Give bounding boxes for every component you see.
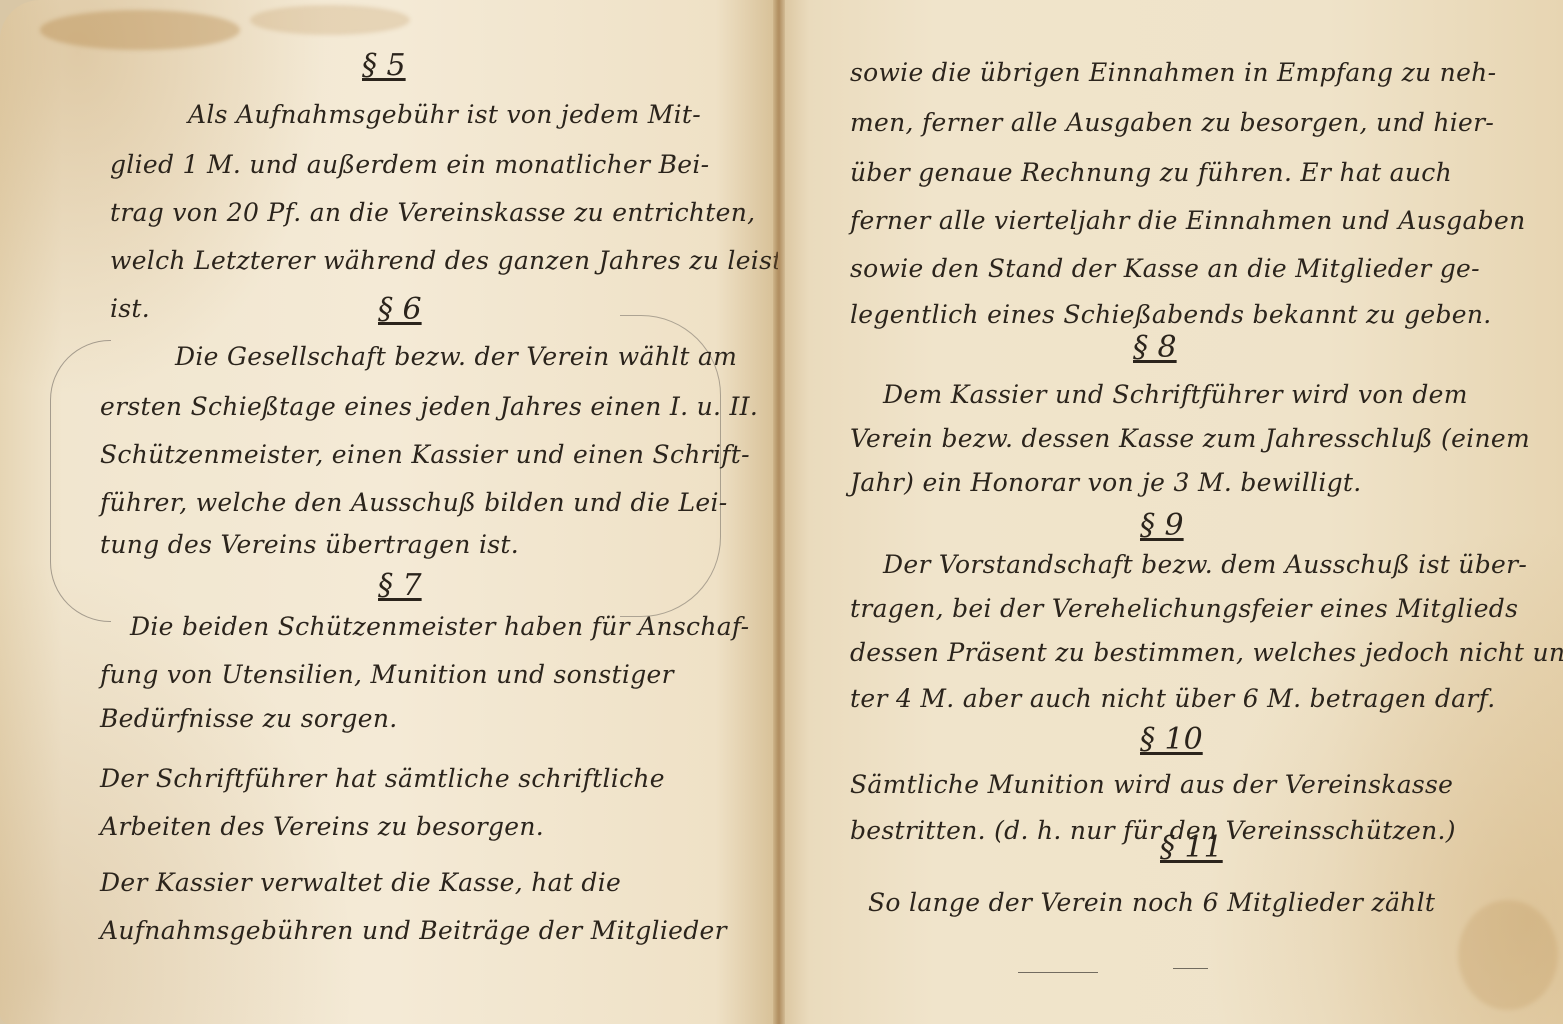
text-line: legentlich eines Schießabends bekannt zu… [850, 300, 1492, 329]
section-heading-8: § 8 [1133, 330, 1177, 365]
text-line: welch Letzterer während des ganzen Jahre… [110, 246, 814, 275]
text-line: bestritten. (d. h. nur für den Vereinssc… [850, 816, 1456, 845]
text-line: dessen Präsent zu bestimmen, welches jed… [850, 638, 1563, 667]
closing-dash-mark [1173, 968, 1208, 969]
text-line: ist. [110, 294, 150, 323]
book-spread: § 5 Als Aufnahmsgebühr ist von jedem Mit… [0, 0, 1563, 1024]
right-page: sowie die übrigen Einnahmen in Empfang z… [778, 0, 1563, 1024]
book-gutter [773, 0, 785, 1024]
text-line: ersten Schießtage eines jeden Jahres ein… [100, 392, 758, 421]
section-heading-7: § 7 [378, 568, 422, 603]
text-line: Die beiden Schützenmeister haben für Ans… [130, 612, 749, 641]
section-heading-5: § 5 [362, 48, 406, 83]
section-heading-6: § 6 [378, 292, 422, 327]
text-line: Die Gesellschaft bezw. der Verein wählt … [175, 342, 737, 371]
text-line: sowie die übrigen Einnahmen in Empfang z… [850, 58, 1496, 87]
text-line: Verein bezw. dessen Kasse zum Jahresschl… [850, 424, 1530, 453]
text-line: Arbeiten des Vereins zu besorgen. [100, 812, 544, 841]
text-line: führer, welche den Ausschuß bilden und d… [100, 488, 728, 517]
text-line: tragen, bei der Verehelichungsfeier eine… [850, 594, 1518, 623]
section-heading-10: § 10 [1140, 722, 1203, 757]
text-line: Aufnahmsgebühren und Beiträge der Mitgli… [100, 916, 727, 945]
text-line: tung des Vereins übertragen ist. [100, 530, 519, 559]
text-line: glied 1 M. und außerdem ein monatlicher … [110, 150, 709, 179]
pencil-bracket-mark [50, 340, 111, 622]
text-line: Jahr) ein Honorar von je 3 M. bewilligt. [850, 468, 1362, 497]
text-line: sowie den Stand der Kasse an die Mitglie… [850, 254, 1480, 283]
text-line: trag von 20 Pf. an die Vereinskasse zu e… [110, 198, 755, 227]
text-line: Der Kassier verwaltet die Kasse, hat die [100, 868, 621, 897]
text-line: Der Schriftführer hat sämtliche schriftl… [100, 764, 665, 793]
text-line: über genaue Rechnung zu führen. Er hat a… [850, 158, 1452, 187]
section-heading-11: § 11 [1160, 830, 1223, 865]
text-line: Bedürfnisse zu sorgen. [100, 704, 397, 733]
left-page: § 5 Als Aufnahmsgebühr ist von jedem Mit… [0, 0, 778, 1024]
text-line: Als Aufnahmsgebühr ist von jedem Mit- [188, 100, 701, 129]
closing-dash-mark [1018, 972, 1098, 973]
text-line: fung von Utensilien, Munition und sonsti… [100, 660, 674, 689]
text-line: ter 4 M. aber auch nicht über 6 M. betra… [850, 684, 1496, 713]
text-line: Schützenmeister, einen Kassier und einen… [100, 440, 750, 469]
text-line: men, ferner alle Ausgaben zu besorgen, u… [850, 108, 1494, 137]
section-heading-9: § 9 [1140, 508, 1184, 543]
text-line: ferner alle vierteljahr die Einnahmen un… [850, 206, 1525, 235]
text-line: Dem Kassier und Schriftführer wird von d… [883, 380, 1468, 409]
text-line: Der Vorstandschaft bezw. dem Ausschuß is… [883, 550, 1527, 579]
text-line: Sämtliche Munition wird aus der Vereinsk… [850, 770, 1453, 799]
text-line: So lange der Verein noch 6 Mitglieder zä… [868, 888, 1435, 917]
